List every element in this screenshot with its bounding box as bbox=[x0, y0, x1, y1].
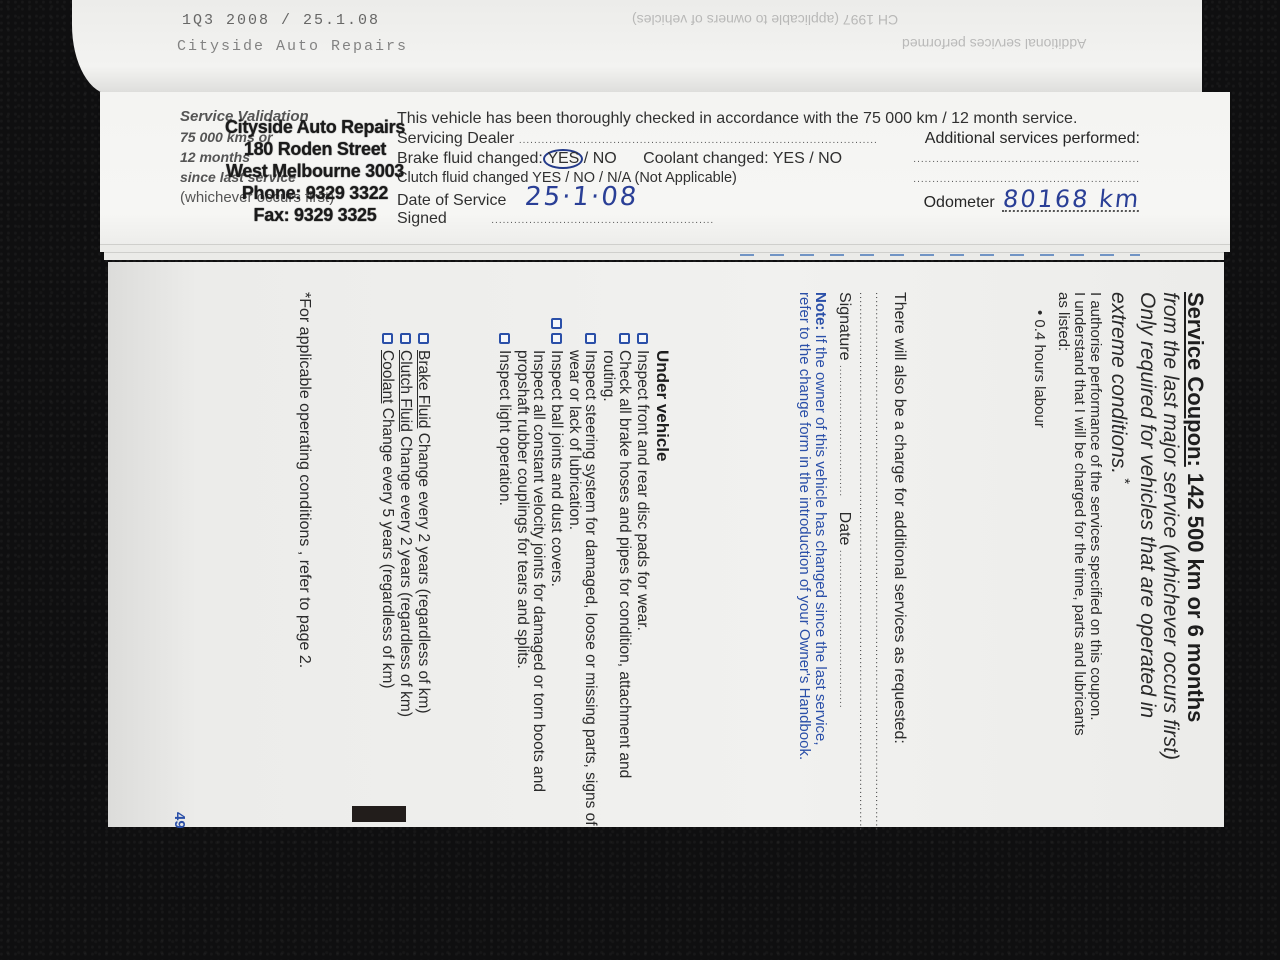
footnote: *For applicable operating conditions , r… bbox=[296, 292, 313, 832]
checkbox[interactable] bbox=[382, 333, 393, 344]
signature-date-row: Signature ..............................… bbox=[834, 292, 853, 832]
perforation-marks bbox=[740, 254, 1140, 256]
coupon-subtitle: from the last major service (whichever o… bbox=[1159, 292, 1182, 832]
dealer-suburb: West Melbourne 3003 bbox=[195, 160, 435, 182]
checkbox-group bbox=[379, 292, 395, 350]
coupon-page: Service Coupon: 142 500 km or 6 months f… bbox=[108, 262, 1224, 827]
footnote-block: *For applicable operating conditions , r… bbox=[296, 292, 313, 832]
checkbox[interactable] bbox=[637, 333, 648, 344]
fluid-change-section: Brake Fluid Change every 2 years (regard… bbox=[379, 292, 433, 832]
signature-field[interactable]: ........................................… bbox=[491, 215, 714, 226]
checkbox[interactable] bbox=[619, 333, 630, 344]
checkbox-group bbox=[634, 292, 650, 350]
fluid-interval: Change every 2 years (regardless of km) bbox=[415, 428, 432, 713]
additional-services-label: Additional services performed: bbox=[890, 130, 1140, 150]
show-through-text: CH 1997 (applicable to owners of vehicle… bbox=[632, 12, 898, 28]
brake-yes-option-circled[interactable]: YES bbox=[543, 149, 583, 169]
dealer-phone: Phone: 9329 3322 bbox=[195, 182, 435, 204]
additional-services-block: Additional services performed: .........… bbox=[890, 130, 1140, 212]
coolant-changed-field[interactable]: Coolant changed: YES / NO bbox=[643, 150, 842, 167]
checklist-item: Inspect ball joints and dust covers. bbox=[548, 292, 564, 832]
note-text: If the owner of this vehicle has changed… bbox=[812, 330, 829, 745]
fluid-item: Clutch Fluid Change every 2 years (regar… bbox=[397, 292, 413, 832]
authorisation-text: as listed: bbox=[1055, 292, 1071, 832]
coupon-subtitle-text: extreme conditions. bbox=[1107, 292, 1130, 474]
servicing-dealer-field[interactable]: ........................................… bbox=[519, 135, 878, 146]
checkbox-group bbox=[566, 292, 598, 350]
checklist-item: Inspect all constant velocity joints for… bbox=[514, 292, 546, 832]
under-vehicle-list: Inspect front and rear disc pads for wea… bbox=[496, 292, 650, 832]
faint-stamp-line: 1Q3 2008 / 25.1.08 bbox=[182, 12, 380, 29]
checkbox[interactable] bbox=[499, 333, 510, 344]
dealer-fax: Fax: 9329 3325 bbox=[195, 204, 435, 226]
fluid-list: Brake Fluid Change every 2 years (regard… bbox=[379, 292, 431, 832]
page-edge bbox=[100, 244, 1230, 252]
additional-request-field[interactable]: ........................................… bbox=[857, 292, 869, 832]
faint-stamp-line: Cityside Auto Repairs bbox=[177, 38, 408, 55]
additional-charge-text: There will also be a charge for addition… bbox=[891, 292, 908, 832]
checklist-item: Inspect light operation. bbox=[496, 292, 512, 832]
intro-text: This vehicle has been thoroughly checked… bbox=[397, 110, 1077, 130]
coupon-subtitle: extreme conditions. * bbox=[1107, 292, 1136, 832]
section-tab-marker bbox=[352, 806, 406, 822]
checklist-item: Inspect front and rear disc pads for wea… bbox=[634, 292, 650, 832]
checkbox-group bbox=[496, 292, 512, 350]
odometer-row: Odometer 80168 km bbox=[890, 190, 1140, 212]
checkbox[interactable] bbox=[400, 333, 411, 344]
dealer-stamp: Cityside Auto Repairs 180 Roden Street W… bbox=[195, 116, 435, 226]
owner-change-note: Note: If the owner of this vehicle has c… bbox=[812, 292, 828, 832]
date-label: Date bbox=[836, 512, 853, 546]
checkbox[interactable] bbox=[551, 333, 562, 344]
date-line[interactable]: ........................................… bbox=[837, 550, 848, 709]
brake-no-option[interactable]: / NO bbox=[584, 150, 617, 167]
coupon-heading-block: Service Coupon: 142 500 km or 6 months f… bbox=[1031, 292, 1208, 832]
coupon-title-prefix: Service Coupon: bbox=[1183, 292, 1208, 467]
authorisation-text: I understand that I will be charged for … bbox=[1071, 292, 1087, 832]
fluid-item-text: Brake Fluid Change every 2 years (regard… bbox=[415, 350, 431, 714]
fluid-item: Brake Fluid Change every 2 years (regard… bbox=[415, 292, 431, 832]
fluid-name: Clutch Fluid bbox=[397, 350, 414, 432]
checkbox[interactable] bbox=[551, 318, 562, 329]
fluid-item: Coolant Change every 5 years (regardless… bbox=[379, 292, 395, 832]
service-validation-panel: Service Validation 75 000 kms or 12 mont… bbox=[100, 92, 1230, 244]
odometer-label: Odometer bbox=[924, 194, 995, 212]
fluid-interval: Change every 5 years (regardless of km) bbox=[379, 403, 396, 688]
note-label: Note: bbox=[812, 292, 829, 330]
checkbox-group bbox=[397, 292, 413, 350]
page-number: 49 bbox=[171, 812, 188, 829]
signature-label: Signature bbox=[836, 292, 853, 361]
under-vehicle-heading: Under vehicle bbox=[652, 350, 672, 832]
checklist-item-text: Check all brake hoses and pipes for cond… bbox=[600, 350, 632, 832]
checklist-item: Inspect steering system for damaged, loo… bbox=[566, 292, 598, 832]
charges-block: There will also be a charge for addition… bbox=[796, 292, 908, 832]
coupon-subtitle: Only required for vehicles that are oper… bbox=[1136, 292, 1159, 832]
additional-request-field[interactable]: ........................................… bbox=[873, 292, 885, 832]
coupon-title: Service Coupon: 142 500 km or 6 months bbox=[1182, 292, 1208, 832]
checklist-item-text: Inspect all constant velocity joints for… bbox=[514, 350, 546, 792]
checkbox-group bbox=[514, 292, 546, 350]
show-through-text: Additional services performed bbox=[902, 36, 1086, 52]
fluid-item-text: Coolant Change every 5 years (regardless… bbox=[379, 350, 395, 689]
previous-page-flap: 1Q3 2008 / 25.1.08 Cityside Auto Repairs… bbox=[72, 0, 1202, 95]
fluid-name: Coolant bbox=[379, 350, 396, 403]
footnote-marker: * bbox=[1116, 474, 1133, 484]
checkbox-group bbox=[415, 292, 431, 350]
checkbox[interactable] bbox=[585, 333, 596, 344]
coupon-title-value: 142 500 km or 6 months bbox=[1183, 467, 1208, 723]
odometer-handwritten[interactable]: 80168 km bbox=[1001, 188, 1141, 212]
checkbox[interactable] bbox=[418, 333, 429, 344]
date-of-service-handwritten[interactable]: 25·1·08 bbox=[523, 182, 639, 212]
fluid-item-text: Clutch Fluid Change every 2 years (regar… bbox=[397, 350, 413, 717]
checklist-item-text: Inspect steering system for damaged, loo… bbox=[566, 350, 598, 826]
rotated-coupon-content: Service Coupon: 142 500 km or 6 months f… bbox=[148, 292, 1208, 832]
under-vehicle-section: Under vehicle Inspect front and rear dis… bbox=[496, 292, 672, 832]
owner-change-note: refer to the change form in the introduc… bbox=[796, 292, 812, 832]
additional-services-field[interactable]: ........................................… bbox=[890, 150, 1140, 170]
authorisation-text: I authorise performance of the services … bbox=[1087, 292, 1103, 832]
checklist-item: Check all brake hoses and pipes for cond… bbox=[600, 292, 632, 832]
checkbox-group bbox=[600, 292, 632, 350]
fluid-interval: Change every 2 years (regardless of km) bbox=[397, 432, 414, 717]
fluid-name: Brake Fluid bbox=[415, 350, 432, 428]
checklist-item-text: Inspect front and rear disc pads for wea… bbox=[634, 350, 650, 631]
dealer-name: Cityside Auto Repairs bbox=[195, 116, 435, 138]
signed-row: Signed .................................… bbox=[397, 210, 1077, 230]
checklist-item-text: Inspect ball joints and dust covers. bbox=[548, 350, 564, 587]
labour-hours: • 0.4 hours labour bbox=[1031, 310, 1047, 832]
checklist-item-text: Inspect light operation. bbox=[496, 350, 512, 506]
checkbox-group bbox=[548, 292, 564, 350]
dealer-street: 180 Roden Street bbox=[195, 138, 435, 160]
signature-line[interactable]: ................................... bbox=[837, 365, 848, 497]
